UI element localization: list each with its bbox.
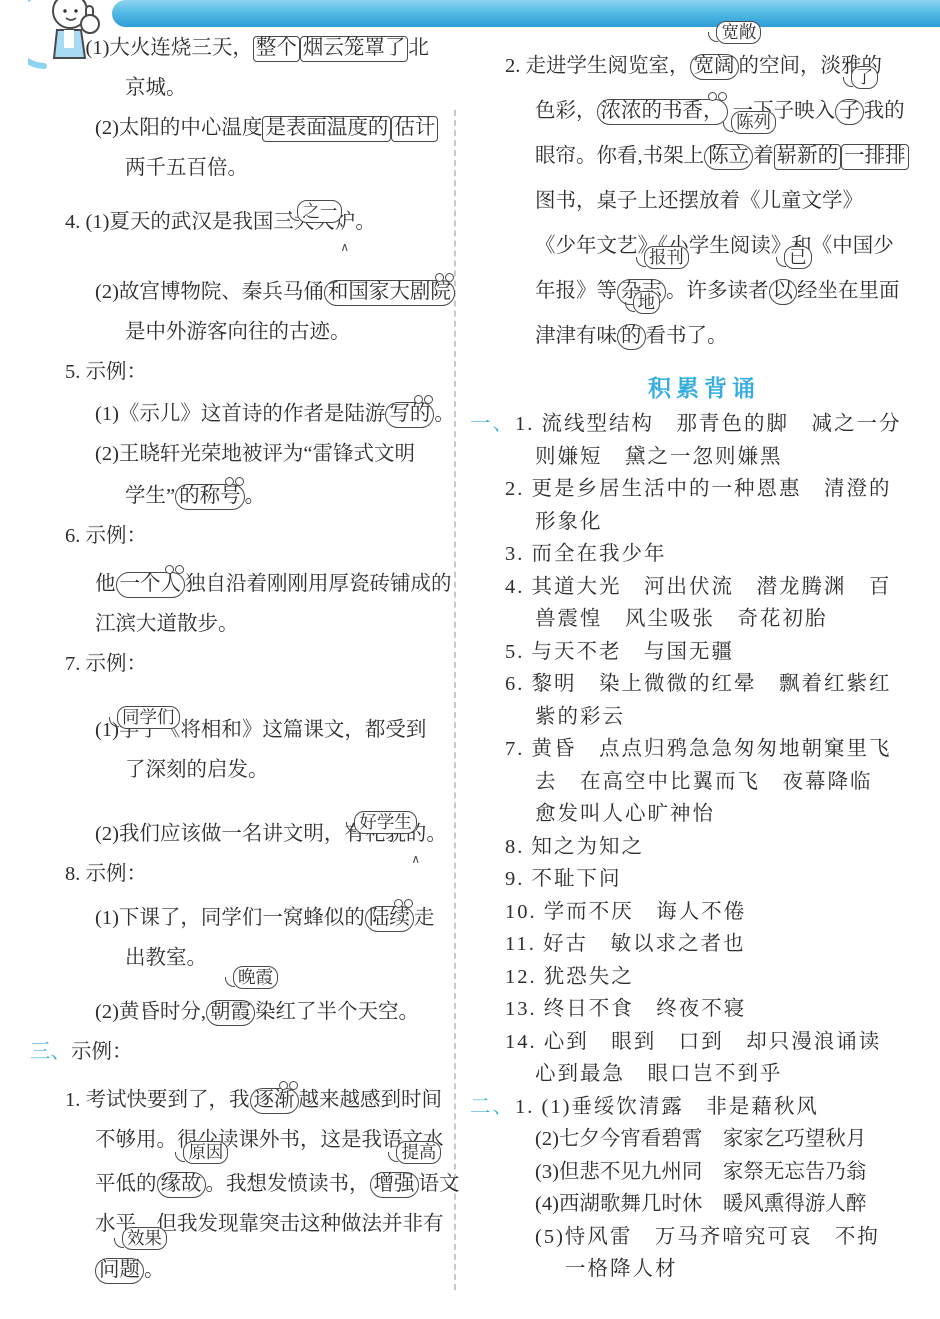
- answer-text: 两千五百倍。: [125, 157, 248, 179]
- correction-oval: 缘故: [157, 1172, 206, 1198]
- text-line: 1. 考试快要到了，我逐渐越来越感到时间: [30, 1080, 458, 1120]
- insert-label: 好学生: [354, 811, 417, 834]
- answer-text: 1. 考试快要到了，我: [65, 1089, 250, 1111]
- answer-text: (5)恃风雷 万马齐喑究可哀 不拘: [535, 1226, 880, 1248]
- answer-text: 示例：: [71, 1041, 133, 1063]
- replacement-mark: 缘故原因: [157, 1164, 206, 1204]
- replacement-mark: 问题效果: [95, 1250, 144, 1290]
- answer-text: 2. 更是乡居生活中的一种恩惠 清澄的: [505, 478, 892, 500]
- answer-text: 平低的: [95, 1173, 157, 1195]
- text-line: 则嫌短 黛之一忽则嫌黑: [470, 441, 938, 474]
- answer-text: 。: [434, 403, 455, 425]
- text-line: 三、示例：: [30, 1032, 458, 1072]
- text-line: 问题效果。: [30, 1250, 458, 1290]
- correction-label: 报刊: [644, 246, 689, 269]
- answer-text: 7. 黄昏 点点归鸦急急匆匆地朝窠里飞: [505, 738, 892, 760]
- text-line: 水平，但我发现靠突击这种做法并非有: [30, 1204, 458, 1244]
- text-line: 眼帘。你看,书架上陈立陈列着崭新的一排排: [470, 134, 938, 179]
- text-line: 4. (1)夏天的武汉是我国三大火炉之一∧。: [30, 202, 458, 242]
- section-number-marker: 三、: [30, 1041, 71, 1063]
- answer-text: 6. 示例：: [65, 525, 147, 547]
- answer-text: 着: [753, 145, 774, 167]
- answer-text: 我的: [864, 100, 905, 122]
- text-line: 两千五百倍。: [30, 148, 458, 188]
- text-line: 一格降人材: [470, 1253, 938, 1286]
- insert-label: 同学们: [117, 706, 180, 729]
- text-line: 是中外游客向往的古迹。: [30, 312, 458, 352]
- answer-text: 。: [426, 823, 447, 845]
- deletion-mark: 和国家大剧院: [324, 280, 455, 306]
- answer-text: 10. 学而不厌 诲人不倦: [505, 901, 746, 923]
- answers-column-left: 3. (1)大火连烧三天，整个烟云笼罩了北京城。(2)太阳的中心温度是表面温度的…: [30, 28, 458, 1290]
- deletion-mark: 陆续: [365, 906, 414, 932]
- answer-text: 一格降人材: [565, 1258, 678, 1280]
- text-line: 12. 犹恐失之: [470, 961, 938, 994]
- text-line: 11. 好古 敏以求之者也: [470, 928, 938, 961]
- answer-item-continued: 2. 走进学生阅览室，宽阔宽敞的空间，淡雅的色彩，浓浓的书香， 一下子映入子了我…: [470, 44, 938, 359]
- answer-text: 愈发叫人心旷神怡: [535, 803, 715, 825]
- answer-text: (4)西湖歌舞几时休 暖风熏得游人醉: [535, 1193, 866, 1215]
- section-title: 积累背诵: [470, 370, 938, 403]
- text-line: 年报》等杂志报刊。许多读者以已经坐在里面: [470, 269, 938, 314]
- text-line: (1)《示儿》这首诗的作者是陆游写的。: [30, 394, 458, 434]
- text-line: 13. 终日不食 终夜不寝: [470, 993, 938, 1026]
- answer-text: 形象化: [535, 511, 603, 533]
- answer-text: 去 在高空中比翼而飞 夜幕降临: [535, 771, 873, 793]
- text-line: 形象化: [470, 506, 938, 539]
- answer-text: (3)但悲不见九州同 家祭无忘告乃翁: [535, 1161, 866, 1183]
- correction-label: 宽敞: [716, 21, 761, 44]
- correction-label: 原因: [183, 1141, 228, 1164]
- text-line: 兽震惶 风尘吸张 奇花初胎: [470, 603, 938, 636]
- answer-text: 他: [95, 573, 116, 595]
- correction-label: 提高: [396, 1141, 441, 1164]
- text-line: 紫的彩云: [470, 701, 938, 734]
- answer-text: 走: [414, 907, 435, 929]
- text-line: 2. 更是乡居生活中的一种恩惠 清澄的: [470, 473, 938, 506]
- text-line: 6. 示例：: [30, 516, 458, 556]
- replacement-mark: 朝霞晚霞: [206, 992, 255, 1032]
- answer-text: 9. 不耻下问: [505, 868, 622, 890]
- answer-text: 京城。: [125, 77, 187, 99]
- text-line: (4)西湖歌舞几时休 暖风熏得游人醉: [470, 1188, 938, 1221]
- text-line: (2)七夕今宵看碧霄 家家乞巧望秋月: [470, 1123, 938, 1156]
- answer-text: 8. 知之为知之: [505, 836, 644, 858]
- answer-text: 了深刻的启发。: [125, 759, 269, 781]
- text-line: 4. 其道大光 河出伏流 潜龙腾渊 百: [470, 571, 938, 604]
- answer-text: (1)下课了，同学们一窝蜂似的: [95, 907, 365, 929]
- answer-text: 则嫌短 黛之一忽则嫌黑: [535, 446, 783, 468]
- correction-label: 了: [851, 66, 879, 89]
- answer-text: 兽震惶 风尘吸张 奇花初胎: [535, 608, 828, 630]
- answer-text: 语文: [419, 1173, 460, 1195]
- correction-oval: 朝霞: [206, 1000, 255, 1026]
- correction-label: 地: [633, 291, 661, 314]
- deletion-mark: 一个人: [116, 572, 186, 598]
- text-line: 平低的缘故原因。我想发愤读书，增强提高语文: [30, 1164, 458, 1204]
- answer-text: 独自沿着刚刚用厚瓷砖铺成的: [185, 573, 452, 595]
- text-line: 7. 示例：: [30, 644, 458, 684]
- answer-text: 。我想发愤读书，: [206, 1173, 370, 1195]
- answer-text: 11. 好古 敏以求之者也: [505, 933, 746, 955]
- correction-label: 陈列: [731, 111, 776, 134]
- text-line: 图书，桌子上还摆放着《儿童文学》: [470, 179, 938, 224]
- answer-text: 津津有味: [535, 325, 617, 347]
- text-line: (1)下课了，同学们一窝蜂似的陆续走: [30, 898, 458, 938]
- answer-text: 不够用。很少读课外书，这是我语文水: [95, 1129, 444, 1151]
- answer-text: (2)七夕今宵看碧霄 家家乞巧望秋月: [535, 1128, 866, 1150]
- text-line: 心到最急 眼口岂不到乎: [470, 1058, 938, 1091]
- answer-text: 是中外游客向往的古迹。: [125, 321, 351, 343]
- text-line: (3)但悲不见九州同 家祭无忘告乃翁: [470, 1156, 938, 1189]
- text-line: (5)恃风雷 万马齐喑究可哀 不拘: [470, 1221, 938, 1254]
- answer-text: (2)太阳的中心温度: [95, 117, 262, 139]
- replacement-mark: 宽阔宽敞: [690, 44, 739, 89]
- replacement-mark: 的地: [617, 314, 646, 359]
- replacement-mark: 以已: [769, 269, 798, 314]
- text-line: 6. 黎明 染上微微的红晕 飘着红紫红: [470, 668, 938, 701]
- answer-text: 色彩，: [535, 100, 597, 122]
- text-line: (2)我们应该做一名讲文明，有礼貌的好学生∧。: [30, 814, 458, 854]
- answer-text: 7. 示例：: [65, 653, 147, 675]
- answer-text: 经坐在里面: [797, 280, 900, 302]
- answer-text: 1. 流线型结构 那青色的脚 减之一分: [515, 413, 902, 435]
- answer-text: 年报》等: [535, 280, 617, 302]
- answer-text: 。: [144, 1259, 165, 1281]
- answer-text: 越来越感到时间: [299, 1089, 443, 1111]
- correction-oval: 宽阔: [690, 54, 739, 80]
- answer-text: 出教室。: [125, 947, 207, 969]
- correction-oval: 陈立: [704, 144, 753, 170]
- answer-text: 眼帘。你看,书架上: [535, 145, 704, 167]
- correction-label: 效果: [122, 1227, 167, 1250]
- text-line: 9. 不耻下问: [470, 863, 938, 896]
- text-line: 二、1. (1)垂绥饮清露 非是藉秋风: [470, 1091, 938, 1124]
- replacement-mark: 陈立陈列: [704, 134, 753, 179]
- correction-label: 已: [784, 246, 812, 269]
- transpose-box-mark: 一排排: [841, 144, 909, 170]
- answer-text: 3. 而全在我少年: [505, 543, 667, 565]
- answer-text: (2)黄昏时分,: [95, 1001, 206, 1023]
- section-number-marker: 二、: [470, 1096, 515, 1118]
- text-line: 了深刻的启发。: [30, 750, 458, 790]
- transpose-box-mark: 整个: [253, 36, 300, 62]
- section-number-marker: 一、: [470, 413, 515, 435]
- answer-text: 。: [245, 485, 266, 507]
- insert-label: 之一: [297, 200, 342, 223]
- correction-oval: 以: [769, 279, 798, 305]
- answer-text: 图书，桌子上还摆放着《儿童文学》: [535, 190, 863, 212]
- transpose-box-mark: 烟云笼罩了: [300, 36, 409, 62]
- answer-text: 看书了。: [646, 325, 728, 347]
- answer-text: 江滨大道散步。: [95, 613, 239, 635]
- answer-text: 学生”: [125, 485, 175, 507]
- text-line: 愈发叫人心旷神怡: [470, 798, 938, 831]
- answer-text: 13. 终日不食 终夜不寝: [505, 998, 746, 1020]
- transpose-box-mark: 崭新的: [774, 144, 842, 170]
- answer-text: 6. 黎明 染上微微的红晕 飘着红紫红: [505, 673, 892, 695]
- correction-oval: 的: [617, 324, 646, 350]
- transpose-box-mark: 估计: [391, 116, 438, 142]
- answer-text: 紫的彩云: [535, 706, 625, 728]
- answer-text: 《少年文艺》《小学生阅读》和《中国少: [535, 235, 894, 257]
- workbook-answer-page: 3. (1)大火连烧三天，整个烟云笼罩了北京城。(2)太阳的中心温度是表面温度的…: [0, 0, 940, 1319]
- text-line: 8. 示例：: [30, 854, 458, 894]
- text-line: 他一个人独自沿着刚刚用厚瓷砖铺成的: [30, 564, 458, 604]
- deletion-mark: 浓浓的书香，: [597, 99, 728, 125]
- text-line: 10. 学而不厌 诲人不倦: [470, 896, 938, 929]
- text-line: (2)黄昏时分,朝霞晚霞染红了半个天空。: [30, 992, 458, 1032]
- replacement-mark: 增强提高: [370, 1164, 419, 1204]
- text-line: 江滨大道散步。: [30, 604, 458, 644]
- deletion-mark: 逐渐: [250, 1088, 299, 1114]
- deletion-mark: 写的: [385, 402, 434, 428]
- answer-text: 1. (1)垂绥饮清露 非是藉秋风: [515, 1096, 819, 1118]
- replacement-mark: 子了: [835, 89, 864, 134]
- caret-mark: ∧: [340, 241, 349, 253]
- text-line: 色彩，浓浓的书香， 一下子映入子了我的: [470, 89, 938, 134]
- text-line: 7. 黄昏 点点归鸦急急匆匆地朝窠里飞: [470, 733, 938, 766]
- answer-text: 染红了半个天空。: [255, 1001, 419, 1023]
- answer-text: 心到最急 眼口岂不到乎: [535, 1063, 783, 1085]
- transpose-box-mark: 是表面温度的: [262, 116, 391, 142]
- answer-text: 5. 示例：: [65, 361, 147, 383]
- answer-text: 2. 走进学生阅览室，: [505, 55, 690, 77]
- text-line: (2)太阳的中心温度是表面温度的估计: [30, 108, 458, 148]
- text-line: 《少年文艺》《小学生阅读》和《中国少: [470, 224, 938, 269]
- correction-oval: 增强: [370, 1172, 419, 1198]
- answer-text: (2)王晓轩光荣地被评为“雷锋式文明: [95, 443, 415, 465]
- answer-text: 4. 其道大光 河出伏流 潜龙腾渊 百: [505, 576, 892, 598]
- answer-text: 8. 示例：: [65, 863, 147, 885]
- text-line: (2)故宫博物院、秦兵马俑和国家大剧院: [30, 272, 458, 312]
- answer-text: 14. 心到 眼到 口到 却只漫浪诵读: [505, 1031, 881, 1053]
- answer-text: (2)故宫博物院、秦兵马俑: [95, 281, 324, 303]
- text-line: 5. 示例：: [30, 352, 458, 392]
- text-line: 8. 知之为知之: [470, 831, 938, 864]
- answer-text: 。许多读者: [666, 280, 769, 302]
- header-bar: [112, 0, 940, 27]
- text-line: 5. 与天不老 与国无疆: [470, 636, 938, 669]
- answer-text: 12. 犹恐失之: [505, 966, 634, 988]
- mascot-icon: [28, 0, 104, 82]
- text-line: 3. 而全在我少年: [470, 538, 938, 571]
- answer-text: 。: [355, 211, 376, 233]
- correction-label: 晚霞: [233, 966, 278, 989]
- text-line: 一、1. 流线型结构 那青色的脚 减之一分: [470, 408, 938, 441]
- text-line: 14. 心到 眼到 口到 却只漫浪诵读: [470, 1026, 938, 1059]
- answer-text: 5. 与天不老 与国无疆: [505, 641, 734, 663]
- deletion-mark: 的称号: [175, 484, 245, 510]
- text-line: 去 在高空中比翼而飞 夜幕降临: [470, 766, 938, 799]
- correction-oval: 子: [835, 99, 864, 125]
- text-line: 同学们(1)学了《将相和》这篇课文，都受到: [30, 710, 458, 750]
- answers-column-right: 2. 走进学生阅览室，宽阔宽敞的空间，淡雅的色彩，浓浓的书香， 一下子映入子了我…: [470, 28, 938, 1286]
- text-line: 学生”的称号。: [30, 476, 458, 516]
- text-line: 津津有味的地看书了。: [470, 314, 938, 359]
- recite-answers-list: 一、1. 流线型结构 那青色的脚 减之一分则嫌短 黛之一忽则嫌黑2. 更是乡居生…: [470, 408, 938, 1286]
- text-line: (2)王晓轩光荣地被评为“雷锋式文明: [30, 434, 458, 474]
- answer-text: 北: [408, 37, 429, 59]
- answer-text: (1)《示儿》这首诗的作者是陆游: [95, 403, 385, 425]
- correction-oval: 问题: [95, 1258, 144, 1284]
